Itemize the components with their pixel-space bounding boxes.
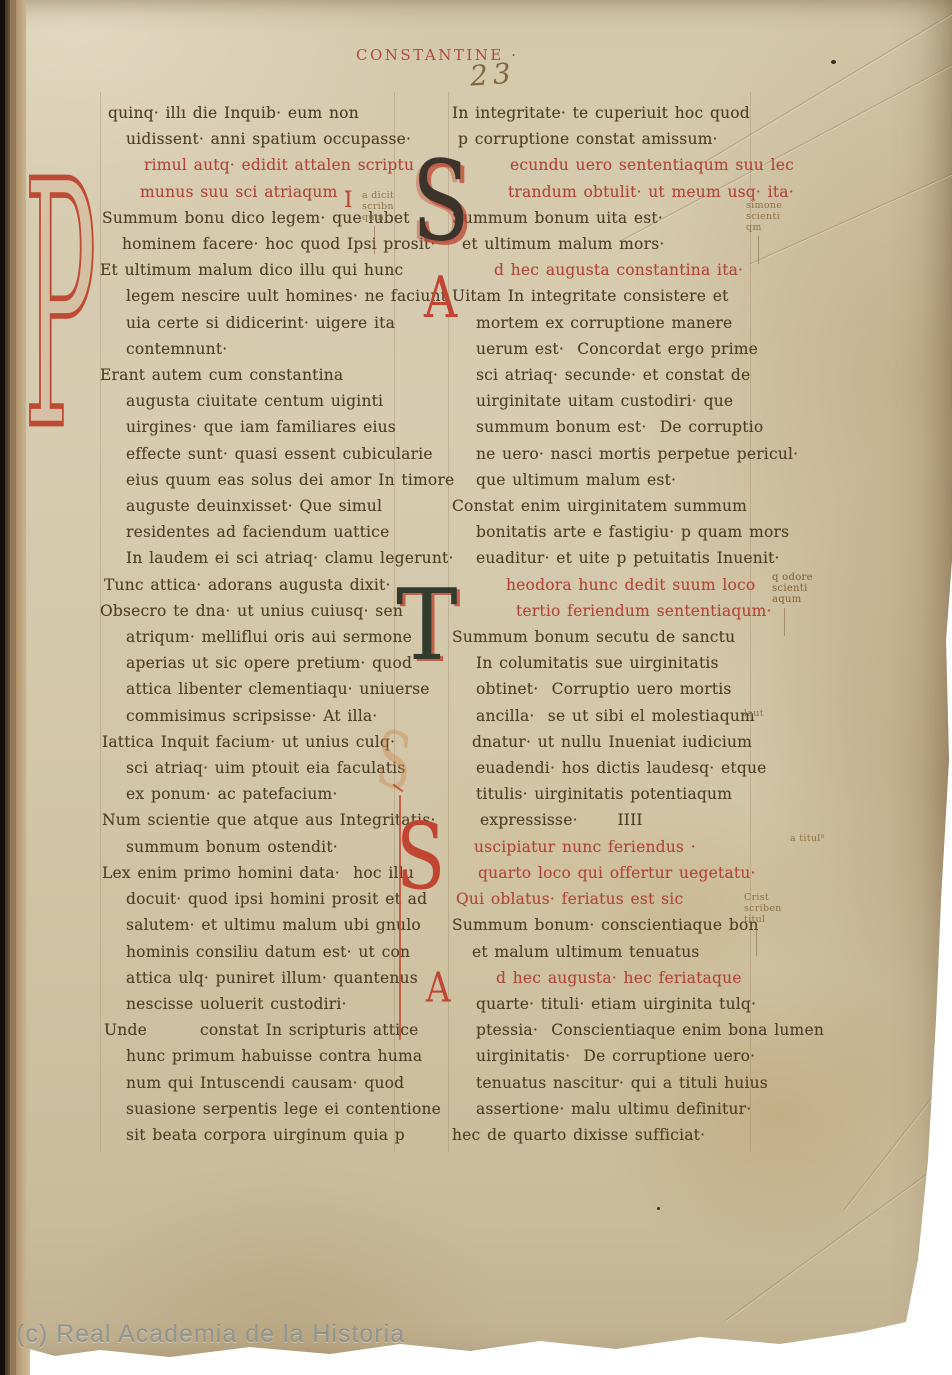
text-line: nescisse uoluerit custodiri· bbox=[100, 991, 400, 1017]
gloss-line: Crist bbox=[744, 892, 782, 903]
text-line: contemnunt· bbox=[100, 336, 400, 362]
initial-S-dark: S bbox=[412, 146, 470, 257]
ink-speck bbox=[831, 60, 836, 64]
gloss-line: a dicit bbox=[362, 190, 394, 201]
red-bracket-flourish bbox=[399, 795, 401, 1040]
gloss-right-margin: Cristscribentitul bbox=[744, 892, 782, 956]
gloss-right-margin: a titul⁹ bbox=[790, 833, 825, 844]
gloss-line: q odore bbox=[772, 572, 813, 583]
text-line: commisimus scripsisse· At illa· bbox=[100, 703, 400, 729]
text-line: hec de quarto dixisse sufficiat· bbox=[450, 1122, 752, 1148]
fold-crease bbox=[725, 1161, 945, 1322]
text-line: effecte sunt· quasi essent cubicularie bbox=[100, 441, 400, 467]
gloss-line: qum bbox=[362, 212, 394, 223]
text-line: d hec augusta· hec feriataque bbox=[450, 965, 752, 991]
text-line: euaditur· et uite p petuitatis Inuenit· bbox=[450, 545, 752, 571]
text-line: Constat enim uirginitatem summum bbox=[450, 493, 752, 519]
text-line: attica libenter clementiaqu· uniuerse bbox=[100, 676, 400, 702]
parchment-page: CONSTANTINE · 23 quinq· illı die Inquib·… bbox=[0, 0, 952, 1375]
gloss-line: scienti bbox=[746, 211, 782, 222]
gloss-right-margin: laut bbox=[744, 708, 764, 719]
text-line: Summum bonum secutu de sanctu bbox=[450, 624, 752, 650]
initial-S-red: S bbox=[396, 810, 445, 902]
text-line: ptessia· Conscientiaque enim bona lumen bbox=[450, 1017, 752, 1043]
text-line: uirginitate uitam custodiri· que bbox=[450, 388, 752, 414]
gloss-line: scriben bbox=[744, 903, 782, 914]
text-line: uirginitatis· De corruptione uero· bbox=[450, 1043, 752, 1069]
text-line: sit beata corpora uirginum quia p bbox=[100, 1122, 400, 1148]
text-line: sci atriaq· uim ptouit eia faculatis bbox=[100, 755, 400, 781]
text-line: In columitatis sue uirginitatis bbox=[450, 650, 752, 676]
text-line: ne uero· nasci mortis perpetue pericul· bbox=[450, 441, 752, 467]
text-line: uscipiatur nunc feriendus · bbox=[450, 834, 752, 860]
right-text-column: In integritate· te cuperiuit hoc quodp c… bbox=[450, 100, 752, 1148]
text-line: Et ultimum malum dico illu qui hunc bbox=[100, 257, 400, 283]
text-line: et ultimum malum mors· bbox=[450, 231, 752, 257]
text-line: aperias ut sic opere pretium· quod bbox=[100, 650, 400, 676]
text-line: rimul autq· edidit attalen scriptu bbox=[100, 152, 400, 178]
text-line: hunc primum habuisse contra huma bbox=[100, 1043, 400, 1069]
text-line: p corruptione constat amissum· bbox=[450, 126, 752, 152]
gloss-intercolumn: a dicitscribnqum bbox=[362, 190, 394, 254]
text-line: d hec augusta constantina ita· bbox=[450, 257, 752, 283]
text-line: uirgines· que iam familiares eius bbox=[100, 414, 400, 440]
text-line: bonitatis arte e fastigiu· p quam mors bbox=[450, 519, 752, 545]
text-line: hominis consiliu datum est· ut con bbox=[100, 939, 400, 965]
text-line: ex ponum· ac patefacium· bbox=[100, 781, 400, 807]
text-line: salutem· et ultimu malum ubi gnulo bbox=[100, 912, 400, 938]
left-text-column: quinq· illı die Inquib· eum nonuidissent… bbox=[100, 100, 400, 1148]
gloss-right-margin: simonescientiqm bbox=[746, 200, 782, 264]
gloss-line: simone bbox=[746, 200, 782, 211]
text-line: In integritate· te cuperiuit hoc quod bbox=[450, 100, 752, 126]
gloss-line: a titul⁹ bbox=[790, 833, 825, 844]
text-line: Summum bonum· conscientiaque bon bbox=[450, 912, 752, 938]
manuscript-photo: CONSTANTINE · 23 quinq· illı die Inquib·… bbox=[0, 0, 952, 1375]
text-line: attica ulq· puniret illum· quantenus bbox=[100, 965, 400, 991]
text-line: residentes ad faciendum uattice bbox=[100, 519, 400, 545]
text-line: ancilla· se ut sibi el molestiaqum bbox=[450, 703, 752, 729]
chapter-numeral-I: I bbox=[344, 188, 353, 213]
gloss-line: scribn bbox=[362, 201, 394, 212]
text-line: docuit· quod ipsi homini prosit et ad bbox=[100, 886, 400, 912]
text-line: auguste deuinxisset· Que simul bbox=[100, 493, 400, 519]
text-line: summum bonum est· De corruptio bbox=[450, 414, 752, 440]
text-line: trandum obtulit· ut meum usq· ita· bbox=[450, 179, 752, 205]
text-line: Tunc attica· adorans augusta dixit· bbox=[100, 572, 400, 598]
faded-pen-flourish: S bbox=[373, 720, 415, 803]
text-line: uia certe si didicerint· uigere ita bbox=[100, 310, 400, 336]
gloss-line: qm bbox=[746, 222, 782, 233]
text-line: et malum ultimum tenuatus bbox=[450, 939, 752, 965]
text-line: Unde constat In scripturis attice bbox=[100, 1017, 400, 1043]
text-line: Summum bonu dico legem· que lubet bbox=[100, 205, 400, 231]
text-line: Obsecro te dna· ut unius cuiusq· sen bbox=[100, 598, 400, 624]
text-line: obtinet· Corruptio uero mortis bbox=[450, 676, 752, 702]
text-line: dnatur· ut nullu Inueniat iudicium bbox=[450, 729, 752, 755]
text-line: tenuatus nascitur· qui a tituli huius bbox=[450, 1070, 752, 1096]
text-line: munus suu sci atriaqum · bbox=[100, 179, 400, 205]
text-line: Iattica Inquit facium· ut unius culq· bbox=[100, 729, 400, 755]
text-line: num qui Intuscendi causam· quod bbox=[100, 1070, 400, 1096]
text-line: quarte· tituli· etiam uirginita tulq· bbox=[450, 991, 752, 1017]
text-line: Lex enim primo homini data· hoc illu bbox=[100, 860, 400, 886]
text-line: titulis· uirginitatis potentiaqum bbox=[450, 781, 752, 807]
text-line: euadendi· hos dictis laudesq· etque bbox=[450, 755, 752, 781]
text-line: eius quum eas solus dei amor In timore bbox=[100, 467, 400, 493]
initial-T-dark-green: T bbox=[396, 576, 458, 675]
gloss-line: titul bbox=[744, 914, 782, 925]
text-line: sci atriaq· secunde· et constat de bbox=[450, 362, 752, 388]
text-line: In laudem ei sci atriaq· clamu legerunt· bbox=[100, 545, 400, 571]
text-line: uerum est· Concordat ergo prime bbox=[450, 336, 752, 362]
text-line: quinq· illı die Inquib· eum non bbox=[100, 100, 400, 126]
copyright-watermark: (c) Real Academia de la Historia bbox=[16, 1320, 405, 1349]
text-line: summum bonum ostendit· bbox=[100, 834, 400, 860]
initial-A-red-small: A bbox=[426, 968, 451, 1009]
gloss-line: laut bbox=[744, 708, 764, 719]
fold-crease bbox=[843, 1052, 952, 1211]
gloss-line: aqum bbox=[772, 594, 813, 605]
initial-A-red: A bbox=[424, 268, 457, 326]
text-line: Num scientie que atque aus Integritatis· bbox=[100, 807, 400, 833]
book-spine-edge bbox=[0, 0, 30, 1375]
text-line: quarto loco qui offertur uegetatu· bbox=[450, 860, 752, 886]
text-line: ecundu uero sententiaqum suu lec bbox=[450, 152, 752, 178]
initial-P-red: P bbox=[24, 140, 97, 478]
text-line: hominem facere· hoc quod Ipsi prosit· bbox=[100, 231, 400, 257]
text-line: mortem ex corruptione manere bbox=[450, 310, 752, 336]
gloss-right-margin: q odorescientiaqum bbox=[772, 572, 813, 636]
text-line: heodora hunc dedit suum loco bbox=[450, 572, 752, 598]
text-line: atriqum· melliflui oris aui sermone bbox=[100, 624, 400, 650]
text-line: tertio feriendum sententiaqum· bbox=[450, 598, 752, 624]
text-line: augusta ciuitate centum uiginti bbox=[100, 388, 400, 414]
text-line: Qui oblatus· feriatus est sic bbox=[450, 886, 752, 912]
text-line: que ultimum malum est· bbox=[450, 467, 752, 493]
text-line: legem nescire uult homines· ne faciunt bbox=[100, 283, 400, 309]
ink-speck bbox=[657, 1207, 660, 1210]
text-line: suasione serpentis lege ei contentione bbox=[100, 1096, 400, 1122]
text-line: Summum bonum uita est· bbox=[450, 205, 752, 231]
text-line: uidissent· anni spatium occupasse· bbox=[100, 126, 400, 152]
text-line: assertione· malu ultimu definitur· bbox=[450, 1096, 752, 1122]
text-line: expressisse· IIII bbox=[450, 807, 752, 833]
text-line: Uitam In integritate consistere et bbox=[450, 283, 752, 309]
text-line: Erant autem cum constantina bbox=[100, 362, 400, 388]
folio-number: 23 bbox=[469, 56, 517, 92]
gloss-line: scienti bbox=[772, 583, 813, 594]
